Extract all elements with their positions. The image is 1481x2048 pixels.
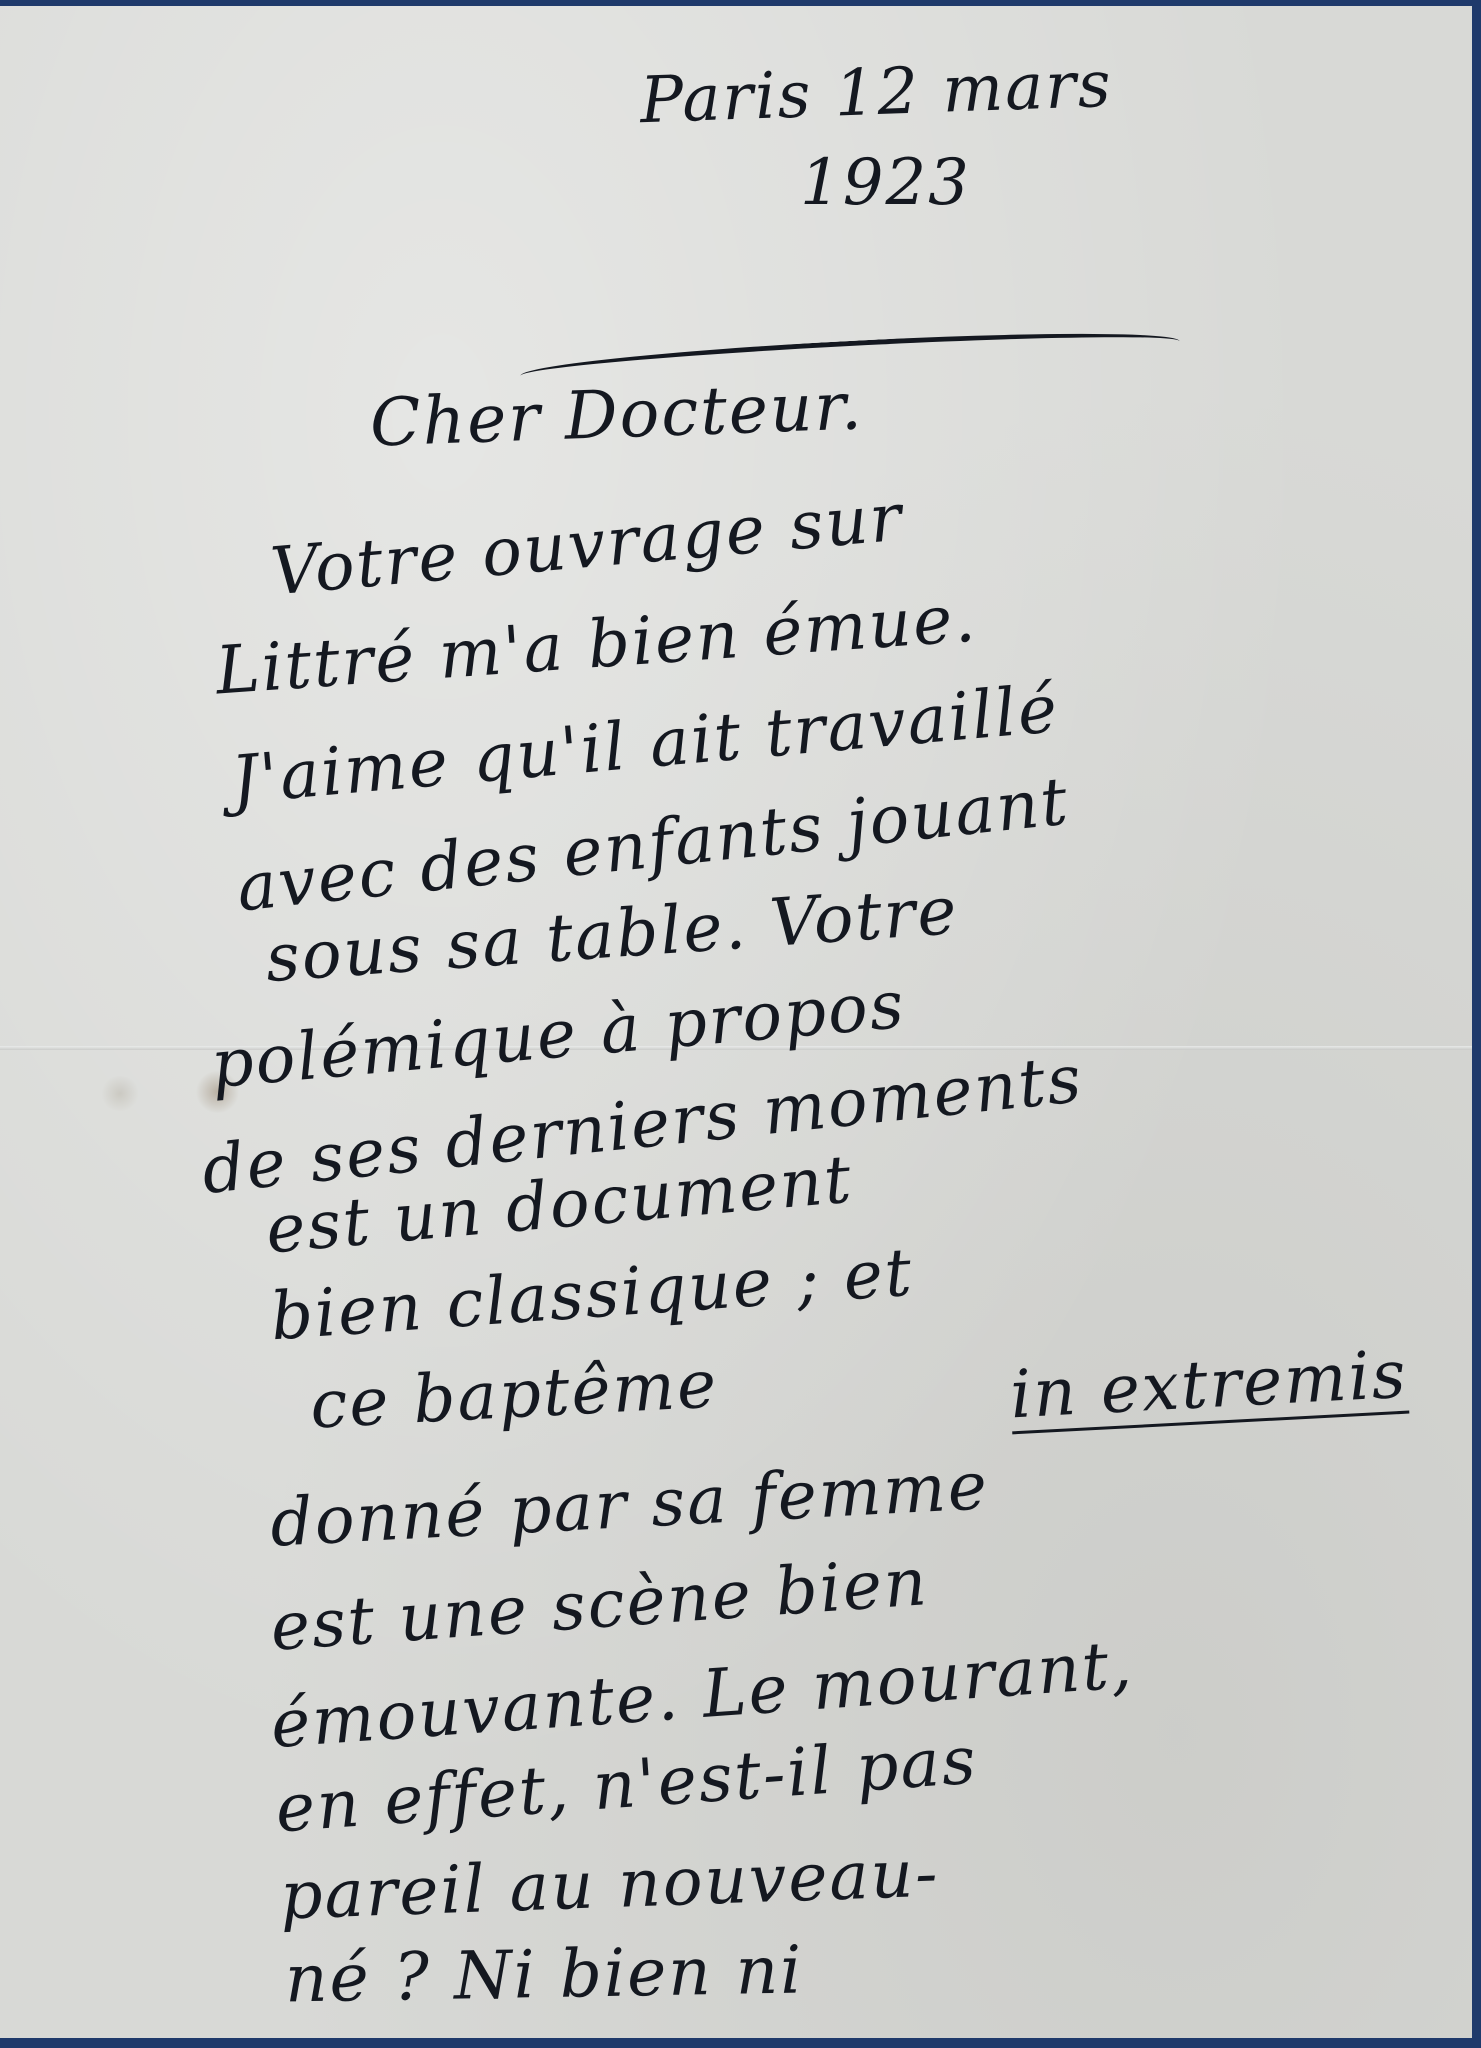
letter-place-date: Paris 12 mars [639, 48, 1114, 138]
body-line: ce baptême [308, 1345, 720, 1443]
underlined-phrase: in extremis [1008, 1336, 1409, 1434]
salutation: Cher Docteur. [369, 367, 865, 461]
body-line: donné par sa femme [268, 1447, 990, 1562]
body-line: pareil au nouveau- [279, 1835, 941, 1935]
letter-paper: Paris 12 mars 1923 Cher Docteur. Votre o… [0, 6, 1472, 2038]
body-line: né ? Ni bien ni [284, 1931, 804, 2017]
paper-stain-faint [100, 1076, 140, 1111]
letter-year: 1923 [800, 146, 971, 220]
